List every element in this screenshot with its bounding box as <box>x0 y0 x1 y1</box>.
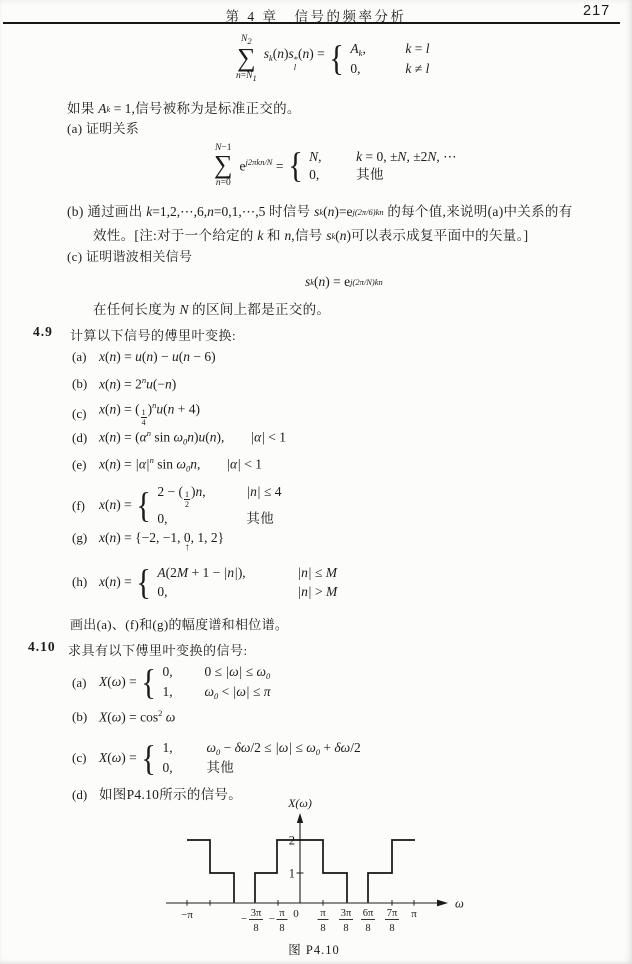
case-condition: |n| ≤ M <box>297 564 337 582</box>
step-curve-center <box>255 840 347 902</box>
case-value: 1, <box>162 683 204 701</box>
cases-block: { Ak,k = l 0,k ≠ l <box>328 40 429 78</box>
item-c-label: (c) 证明谐波相关信号 <box>67 249 192 265</box>
item-4-9-g: (g) x(n) = {−2, −1, 0↑, 1, 2} <box>72 530 224 546</box>
equation-orthogonality: N2 ∑ n=N1 sk(n)s*l(n) = { Ak,k = l 0,k ≠… <box>236 34 430 83</box>
case-condition: 其他 <box>206 759 234 777</box>
x-axis-arrow-icon <box>437 900 448 907</box>
item-4-9-b: (b) x(n) = 2nu(−n) <box>72 375 176 393</box>
item-label: (a) <box>72 675 99 691</box>
fraction-denominator: 8 <box>389 923 394 934</box>
fraction-denominator: 8 <box>343 923 348 934</box>
fraction-denominator: 8 <box>253 923 258 934</box>
item-4-9-f: (f) x(n) = { 2 − (12)n,|n| ≤ 4 0,其他 <box>72 483 282 528</box>
text-orthogonal: 在任何长度为 N 的区间上都是正交的。 <box>93 302 330 318</box>
item-formula: x(n) = |α|n sin ω0n,|α| < 1 <box>99 455 262 474</box>
x-tick-label-neg-pi: −π <box>181 909 193 921</box>
x-tick-label-neg-3pi8: − 3π 8 <box>241 908 263 934</box>
x-tick-label-pi8: π 8 <box>318 908 329 934</box>
item-4-10-b: (b) X(ω) = cos2 ω <box>72 708 175 726</box>
case-condition: k ≠ l <box>405 60 429 78</box>
case-value: 0, <box>162 759 206 777</box>
item-4-9-h: (h) x(n) = { A(2M + 1 − |n|),|n| ≤ M 0,|… <box>72 564 337 600</box>
fraction-numerator: π <box>279 908 285 919</box>
case-condition: 0 ≤ |ω| ≤ ω0 <box>204 663 270 682</box>
case-value: 2 − (12)n, <box>157 483 246 509</box>
case-value: 0, <box>162 663 204 681</box>
fraction-denominator: 8 <box>365 923 370 934</box>
cases-block: { 1,ω0 − δω/2 ≤ |ω| ≤ ω0 + δω/2 0,其他 <box>140 739 361 777</box>
x-tick-label-neg-pi8: − π 8 <box>269 908 288 934</box>
y-axis-arrow-icon <box>297 813 303 823</box>
problem-title-4-9: 计算以下信号的傅里叶变换: <box>70 325 236 344</box>
item-formula-lhs: X(ω) = <box>99 674 140 690</box>
case-condition: |n| > M <box>297 583 337 601</box>
item-4-10-c: (c) X(ω) = { 1,ω0 − δω/2 ≤ |ω| ≤ ω0 + δω… <box>72 739 361 777</box>
fraction-sign: − <box>269 913 275 925</box>
item-4-9-a: (a) x(n) = u(n) − u(n − 6) <box>72 349 216 365</box>
item-label: (b) <box>72 709 99 725</box>
case-condition: ω0 − δω/2 ≤ |ω| ≤ ω0 + δω/2 <box>206 739 360 758</box>
item-formula-lhs: x(n) = <box>99 497 135 513</box>
item-label: (d) <box>72 787 99 803</box>
equation-body: ej2πkn/N = <box>240 157 287 175</box>
x-tick-label-pi: π <box>411 908 417 920</box>
case-value: 0, <box>157 510 246 528</box>
item-label: (b) <box>72 376 99 392</box>
left-brace: { <box>136 490 151 521</box>
step-curve-right <box>368 840 415 902</box>
text-sketch-spectra: 画出(a)、(f)和(g)的幅度谱和相位谱。 <box>70 617 288 633</box>
text-orthonormal: 如果 Ak = 1,信号被称为是标准正交的。 <box>67 101 301 117</box>
item-label: (a) <box>72 349 99 365</box>
case-value: 0, <box>309 166 356 184</box>
summation-operator: N−1 ∑ n=0 <box>214 143 233 189</box>
item-formula-lhs: X(ω) = <box>99 750 140 766</box>
case-condition: |n| ≤ 4 <box>246 483 281 501</box>
case-condition: k = 0, ±N, ±2N, ⋯ <box>356 148 456 166</box>
x-tick-label-3pi8: 3π 8 <box>339 908 353 934</box>
fraction-numerator: 7π <box>387 908 398 919</box>
item-4-10-a: (a) X(ω) = { 0,0 ≤ |ω| ≤ ω0 1,ω0 < |ω| ≤… <box>72 663 271 702</box>
case-value: A(2M + 1 − |n|), <box>157 564 297 582</box>
left-brace: { <box>141 743 156 774</box>
item-b-line2: 效性。[注:对于一个给定的 k 和 n,信号 sk(n)可以表示成复平面中的矢量… <box>93 228 528 244</box>
y-axis-label: X(ω) <box>287 796 312 810</box>
item-label: (c) <box>72 750 99 766</box>
case-condition: k = l <box>405 40 429 58</box>
cases-block: { N,k = 0, ±N, ±2N, ⋯ 0,其他 <box>287 148 457 184</box>
item-label: (h) <box>72 574 99 590</box>
item-b-line1: (b) 通过画出 k=1,2,⋯,6,n=0,1,⋯,5 时信号 sk(n)=e… <box>67 204 573 220</box>
item-label: (d) <box>72 430 99 446</box>
left-brace: { <box>136 567 151 598</box>
item-4-9-e: (e) x(n) = |α|n sin ω0n,|α| < 1 <box>72 455 262 474</box>
sum-icon: ∑ <box>237 46 256 71</box>
sum-lower-limit: n=N1 <box>236 71 257 83</box>
step-curve-left <box>187 840 234 902</box>
left-brace: { <box>288 150 303 181</box>
item-formula: x(n) = 2nu(−n) <box>99 375 176 393</box>
item-formula: X(ω) = cos2 ω <box>99 708 175 726</box>
item-4-9-c: (c) x(n) = (14)nu(n + 4) <box>72 400 200 427</box>
item-a-label: (a) 证明关系 <box>67 121 139 137</box>
sum-lower-limit: n=0 <box>216 178 231 188</box>
fraction-numerator: π <box>320 908 326 919</box>
case-value: 0, <box>350 60 405 78</box>
item-4-9-d: (d) x(n) = (αn sin ω0n)u(n),|α| < 1 <box>72 428 286 447</box>
fraction-numerator: 6π <box>363 908 374 919</box>
item-label: (g) <box>72 530 99 546</box>
figure-caption: 图 P4.10 <box>288 943 339 957</box>
x-tick-label-6pi8: 6π 8 <box>361 908 375 934</box>
x-axis-label: ω <box>455 897 464 911</box>
problem-number-4-10: 4.10 <box>28 639 56 655</box>
equation-harmonic-signal: sk(n) = ej(2π/N)kn <box>305 274 383 290</box>
header-rule <box>3 22 620 24</box>
fraction-sign: − <box>241 913 247 925</box>
figure-p4-10: X(ω) ω 2 1 −π − 3π 8 − π 8 0 π 8 3π 8 <box>150 790 480 964</box>
problem-number-4-9: 4.9 <box>33 324 53 340</box>
left-brace: { <box>329 43 344 74</box>
book-page: 第 4 章 信号的频率分析 217 N2 ∑ n=N1 sk(n)s*l(n) … <box>0 0 632 964</box>
equation-body: sk(n)s*l(n) = <box>264 46 328 71</box>
fraction-numerator: 3π <box>251 908 262 919</box>
x-tick-label-7pi8: 7π 8 <box>385 908 399 934</box>
case-value: N, <box>309 148 356 166</box>
case-condition: ω0 < |ω| ≤ π <box>204 683 270 702</box>
item-formula: x(n) = u(n) − u(n − 6) <box>99 349 216 365</box>
item-formula: x(n) = (αn sin ω0n)u(n),|α| < 1 <box>99 428 286 447</box>
item-formula: x(n) = {−2, −1, 0↑, 1, 2} <box>99 530 224 546</box>
case-condition: 其他 <box>246 510 274 528</box>
cases-block: { 2 − (12)n,|n| ≤ 4 0,其他 <box>135 483 281 528</box>
item-formula-lhs: x(n) = <box>99 574 135 590</box>
item-formula: x(n) = (14)nu(n + 4) <box>99 400 200 427</box>
page-number: 217 <box>583 3 610 19</box>
equation-dft-sum: N−1 ∑ n=0 ej2πkn/N = { N,k = 0, ±N, ±2N,… <box>214 143 457 189</box>
problem-title-4-10: 求具有以下傅里叶变换的信号: <box>68 640 248 659</box>
cases-block: { A(2M + 1 − |n|),|n| ≤ M 0,|n| > M <box>135 564 337 600</box>
item-label: (c) <box>72 406 99 422</box>
x-tick-label-zero: 0 <box>293 908 299 920</box>
fraction-denominator: 8 <box>320 923 325 934</box>
y-tick-label-1: 1 <box>289 867 295 881</box>
item-label: (f) <box>72 498 99 514</box>
case-condition: 其他 <box>356 166 384 184</box>
cases-block: { 0,0 ≤ |ω| ≤ ω0 1,ω0 < |ω| ≤ π <box>140 663 270 702</box>
case-value: Ak, <box>350 40 405 59</box>
case-value: 0, <box>157 583 297 601</box>
case-value: 1, <box>162 739 206 757</box>
sum-icon: ∑ <box>214 153 233 178</box>
item-label: (e) <box>72 457 99 473</box>
fraction-denominator: 8 <box>279 923 284 934</box>
left-brace: { <box>141 667 156 698</box>
summation-operator: N2 ∑ n=N1 <box>236 34 257 83</box>
y-tick-label-2: 2 <box>289 834 295 848</box>
fraction-numerator: 3π <box>341 908 352 919</box>
